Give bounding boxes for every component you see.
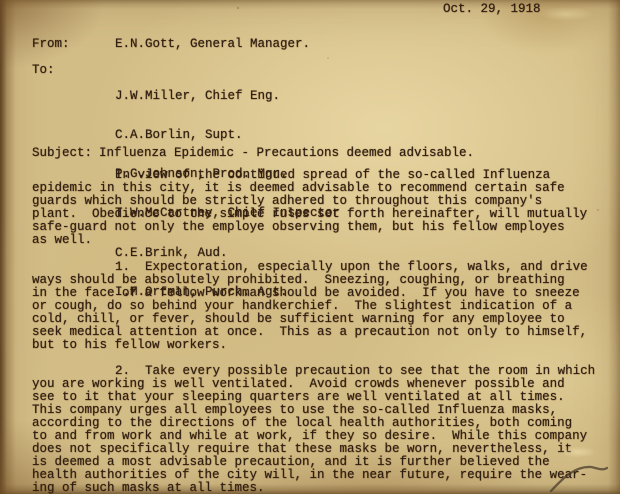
rule-paragraph-2: 2. Take every possible precaution to see… bbox=[32, 365, 620, 494]
memo-page: Oct. 29, 1918 From: E.N.Gott, General Ma… bbox=[0, 0, 620, 494]
intro-paragraph: In view of the continued spread of the s… bbox=[32, 169, 620, 247]
to-label: To: bbox=[32, 64, 115, 77]
recipient-line: C.A.Borlin, Supt. bbox=[115, 129, 340, 142]
memo-date: Oct. 29, 1918 bbox=[443, 3, 541, 16]
subject-value: Influenza Epidemic - Precautions deemed … bbox=[99, 147, 474, 160]
subject-label: Subject: bbox=[32, 147, 99, 160]
recipient-line: C.E.Brink, Aud. bbox=[115, 247, 340, 260]
from-value: E.N.Gott, General Manager. bbox=[115, 38, 310, 51]
from-row: From: E.N.Gott, General Manager. bbox=[32, 38, 310, 51]
rule-paragraph-1: 1. Expectoration, especially upon the fl… bbox=[32, 261, 620, 352]
subject-row: Subject: Influenza Epidemic - Precaution… bbox=[32, 147, 474, 160]
recipient-line: J.W.Miller, Chief Eng. bbox=[115, 90, 340, 103]
from-label: From: bbox=[32, 38, 115, 51]
